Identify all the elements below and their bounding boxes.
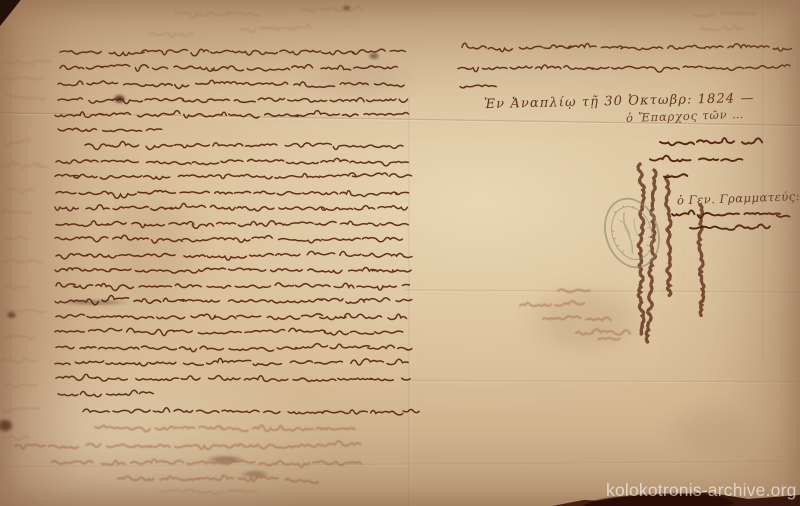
document-photo: Ἐν Ἀναπλίῳ τῇ 30 Ὀκτωβρ: 1824 — ὁ Ἔπαρχο… xyxy=(0,0,800,506)
photo-vignette xyxy=(0,0,800,506)
manuscript-paper: Ἐν Ἀναπλίῳ τῇ 30 Ὀκτωβρ: 1824 — ὁ Ἔπαρχο… xyxy=(0,0,800,506)
archive-watermark: kolokotronis-archive.org xyxy=(606,480,797,501)
